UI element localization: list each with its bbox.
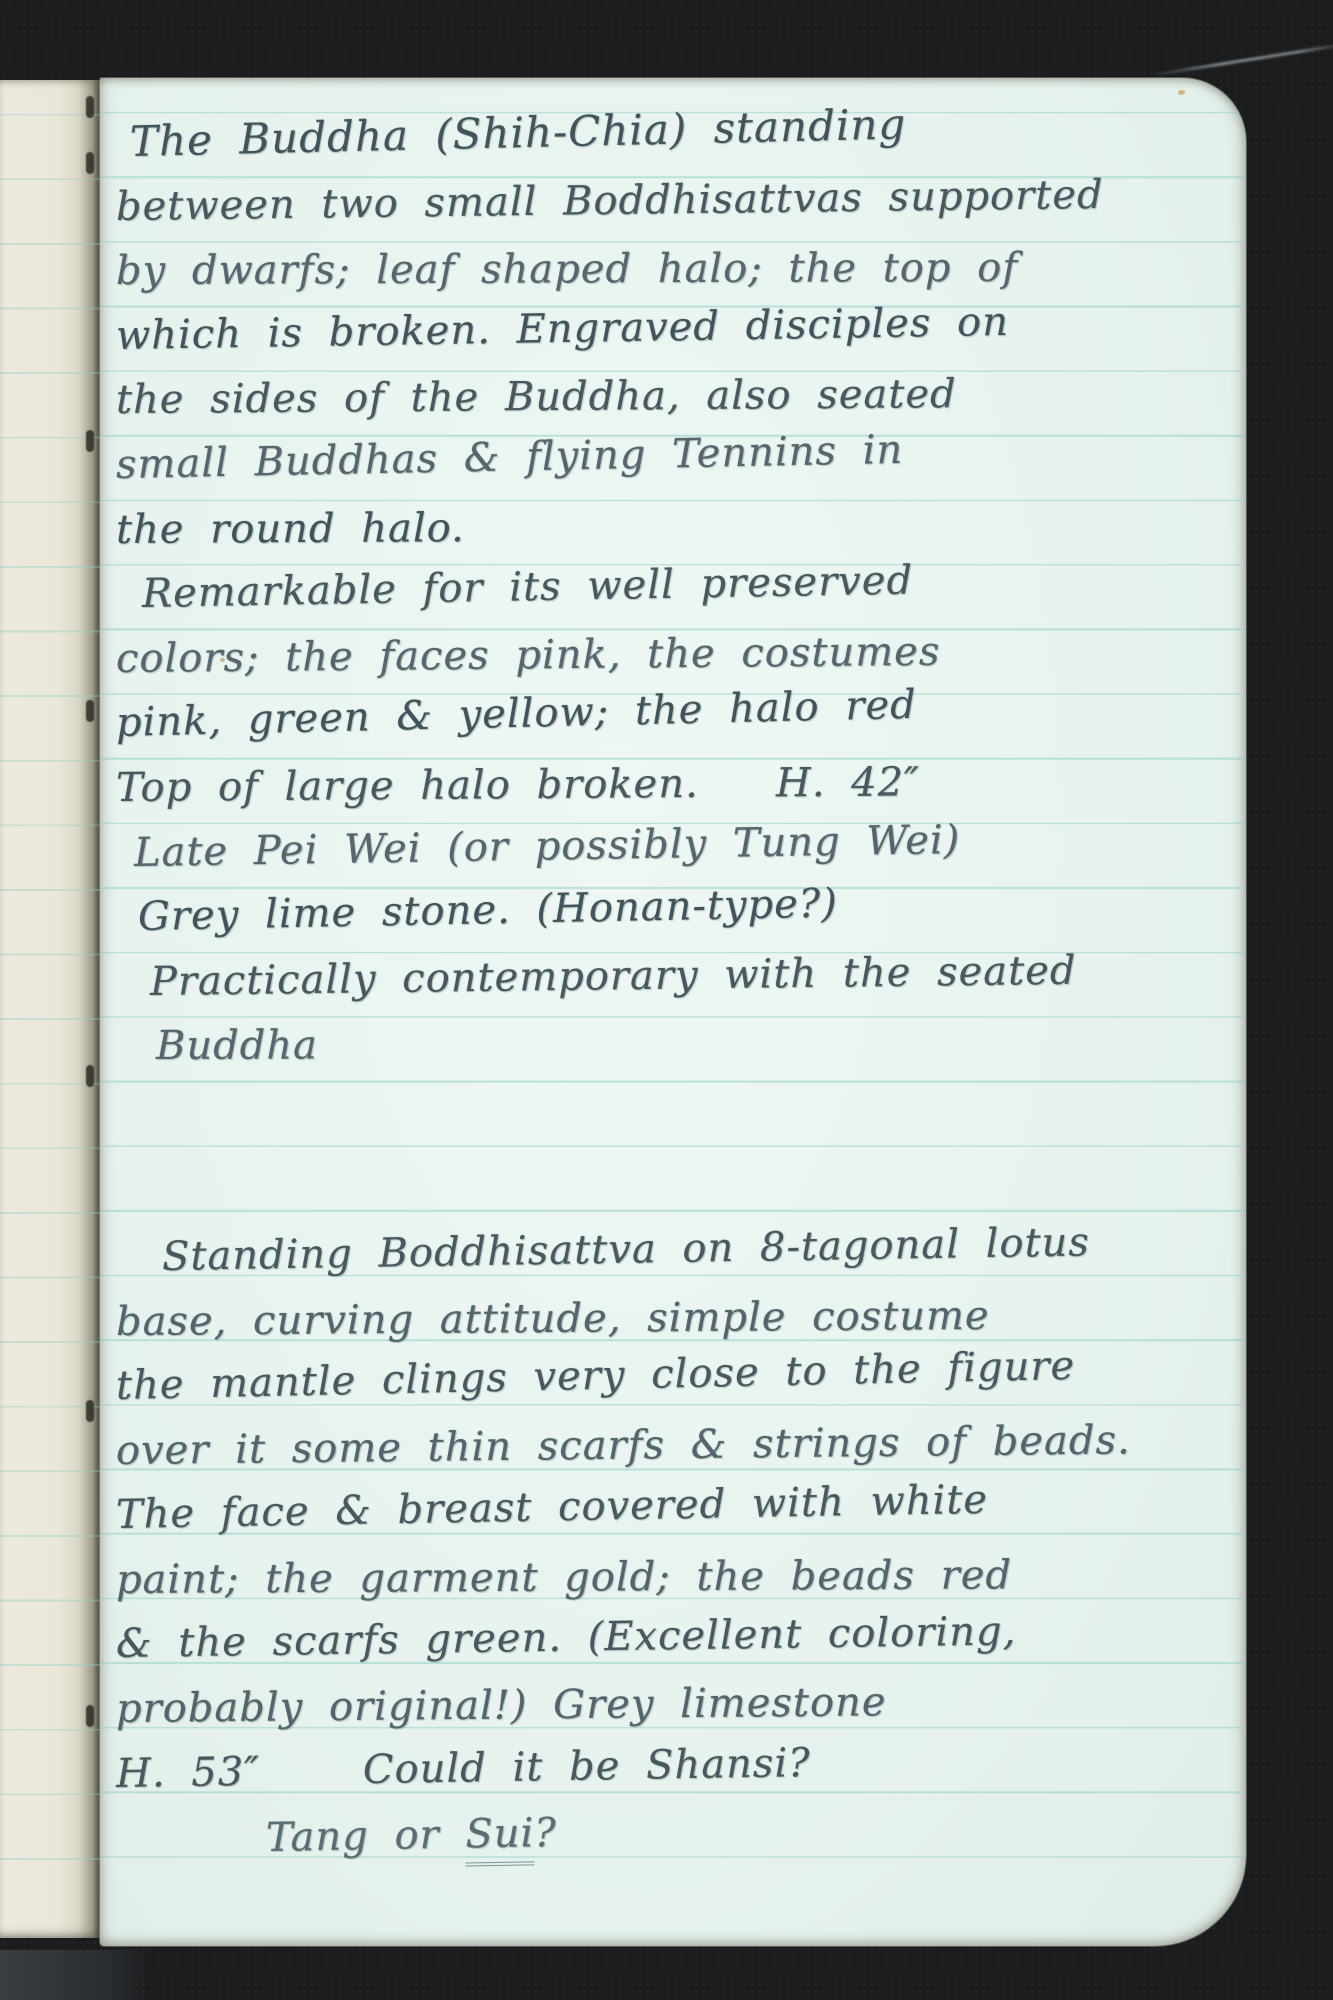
- notebook-photo: The Buddha (Shih-Chia) standingbetween t…: [0, 0, 1333, 2000]
- handwritten-line: & the scarfs green. (Excellent coloring,: [116, 1597, 1219, 1677]
- entry-paragraph-1: The Buddha (Shih-Chia) standingbetween t…: [116, 110, 1218, 1079]
- final-line-underlined-word: Sui: [465, 1811, 535, 1867]
- light-streak: [1151, 42, 1333, 76]
- binding-stitch: [86, 430, 94, 452]
- left-page-edge: [0, 80, 100, 1938]
- notebook-page: The Buddha (Shih-Chia) standingbetween t…: [100, 78, 1246, 1946]
- final-line-post: ?: [534, 1810, 557, 1856]
- binding-stitch: [86, 96, 94, 118]
- handwritten-line: between two small Boddhisattvas supporte…: [116, 161, 1219, 239]
- handwritten-line: Practically contemporary with the seated: [150, 937, 1219, 1015]
- entry-final-line: Tang or Sui?: [266, 1806, 1218, 1871]
- binding-stitch: [86, 1065, 94, 1087]
- entry-paragraph-2: Standing Boddhisattva on 8-tagonal lotus…: [116, 1225, 1218, 1806]
- binding-stitch: [86, 1705, 94, 1727]
- final-line-pre: Tang or: [266, 1812, 466, 1861]
- surface-edge: [0, 1950, 150, 2000]
- handwritten-line: Standing Boddhisattva on 8-tagonal lotus: [161, 1208, 1218, 1289]
- binding-stitch: [86, 700, 94, 722]
- handwritten-line: Buddha: [156, 1011, 1218, 1079]
- paper-speck: [1208, 79, 1217, 84]
- binding-stitch: [86, 1400, 94, 1422]
- binding-stitch: [86, 152, 94, 174]
- handwritten-entry: The Buddha (Shih-Chia) standingbetween t…: [116, 110, 1218, 1871]
